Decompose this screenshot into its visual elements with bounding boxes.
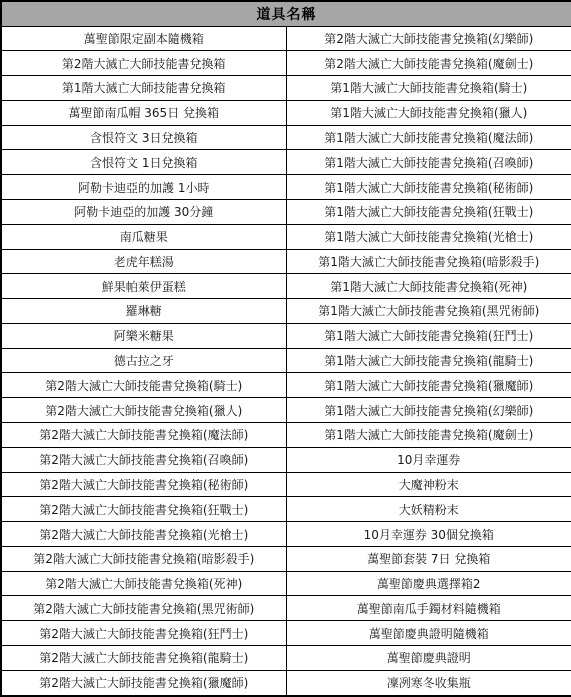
item-cell-left: 南瓜糖果	[1, 224, 286, 249]
items-table-head: 道具名稱	[1, 1, 571, 26]
item-cell-right: 大妖精粉末	[286, 497, 571, 522]
item-cell-left: 第2階大滅亡大師技能書兌換箱(死神)	[1, 571, 286, 596]
table-row: 第2階大滅亡大師技能書兌換箱(狂鬥士)萬聖節慶典證明隨機箱	[1, 621, 571, 646]
table-row: 鮮果帕萊伊蛋糕第1階大滅亡大師技能書兌換箱(死神)	[1, 274, 571, 299]
item-cell-left: 第2階大滅亡大師技能書兌換箱(召喚師)	[1, 447, 286, 472]
item-cell-right: 10月幸運券	[286, 447, 571, 472]
table-row: 阿勒卡迪亞的加護 1小時第1階大滅亡大師技能書兌換箱(秘術師)	[1, 175, 571, 200]
item-cell-right: 萬聖節套裝 7日 兌換箱	[286, 546, 571, 571]
item-cell-right: 第1階大滅亡大師技能書兌換箱(魔劍士)	[286, 423, 571, 448]
item-cell-right: 第1階大滅亡大師技能書兌換箱(光槍士)	[286, 224, 571, 249]
item-cell-left: 第2階大滅亡大師技能書兌換箱(秘術師)	[1, 472, 286, 497]
item-cell-right: 萬聖節南瓜手鐲材料隨機箱	[286, 596, 571, 621]
table-row: 第2階大滅亡大師技能書兌換箱第2階大滅亡大師技能書兌換箱(魔劍士)	[1, 51, 571, 76]
item-cell-left: 第2階大滅亡大師技能書兌換箱(龍騎士)	[1, 646, 286, 671]
table-row: 第2階大滅亡大師技能書兌換箱(獵人)第1階大滅亡大師技能書兌換箱(幻樂師)	[1, 398, 571, 423]
item-cell-right: 第1階大滅亡大師技能書兌換箱(召喚師)	[286, 150, 571, 175]
table-row: 南瓜糖果第1階大滅亡大師技能書兌換箱(光槍士)	[1, 224, 571, 249]
item-cell-right: 第1階大滅亡大師技能書兌換箱(幻樂師)	[286, 398, 571, 423]
item-cell-left: 第2階大滅亡大師技能書兌換箱(騎士)	[1, 373, 286, 398]
item-cell-right: 萬聖節慶典選擇箱2	[286, 571, 571, 596]
table-row: 第2階大滅亡大師技能書兌換箱(秘術師)大魔神粉末	[1, 472, 571, 497]
table-row: 第2階大滅亡大師技能書兌換箱(暗影殺手)萬聖節套裝 7日 兌換箱	[1, 546, 571, 571]
header-row: 道具名稱	[1, 1, 571, 26]
table-row: 第1階大滅亡大師技能書兌換箱第1階大滅亡大師技能書兌換箱(騎士)	[1, 76, 571, 101]
table-row: 阿樂米糖果第1階大滅亡大師技能書兌換箱(狂鬥士)	[1, 323, 571, 348]
item-cell-left: 第2階大滅亡大師技能書兌換箱(狂鬥士)	[1, 621, 286, 646]
table-row: 老虎年糕湯第1階大滅亡大師技能書兌換箱(暗影殺手)	[1, 249, 571, 274]
table-row: 第2階大滅亡大師技能書兌換箱(黑咒術師)萬聖節南瓜手鐲材料隨機箱	[1, 596, 571, 621]
item-cell-left: 第2階大滅亡大師技能書兌換箱(光槍士)	[1, 522, 286, 547]
item-cell-right: 第1階大滅亡大師技能書兌換箱(騎士)	[286, 76, 571, 101]
table-row: 第2階大滅亡大師技能書兌換箱(獵魔師)凜冽寒冬收集瓶	[1, 670, 571, 696]
item-cell-left: 羅琳糖	[1, 299, 286, 324]
item-cell-right: 萬聖節慶典證明	[286, 646, 571, 671]
item-cell-right: 第1階大滅亡大師技能書兌換箱(魔法師)	[286, 125, 571, 150]
item-cell-right: 第1階大滅亡大師技能書兌換箱(狂鬥士)	[286, 323, 571, 348]
item-cell-right: 第2階大滅亡大師技能書兌換箱(魔劍士)	[286, 51, 571, 76]
item-cell-right: 10月幸運券 30個兌換箱	[286, 522, 571, 547]
item-cell-right: 第1階大滅亡大師技能書兌換箱(狂戰士)	[286, 199, 571, 224]
item-cell-right: 凜冽寒冬收集瓶	[286, 670, 571, 696]
item-cell-right: 第1階大滅亡大師技能書兌換箱(暗影殺手)	[286, 249, 571, 274]
item-cell-right: 大魔神粉末	[286, 472, 571, 497]
table-row: 第2階大滅亡大師技能書兌換箱(光槍士)10月幸運券 30個兌換箱	[1, 522, 571, 547]
table-row: 萬聖節南瓜帽 365日 兌換箱第1階大滅亡大師技能書兌換箱(獵人)	[1, 100, 571, 125]
item-cell-right: 第1階大滅亡大師技能書兌換箱(獵人)	[286, 100, 571, 125]
item-cell-left: 阿勒卡迪亞的加護 30分鐘	[1, 199, 286, 224]
table-row: 含恨符文 3日兌換箱第1階大滅亡大師技能書兌換箱(魔法師)	[1, 125, 571, 150]
table-row: 第2階大滅亡大師技能書兌換箱(龍騎士)萬聖節慶典證明	[1, 646, 571, 671]
item-cell-right: 第1階大滅亡大師技能書兌換箱(獵魔師)	[286, 373, 571, 398]
item-cell-left: 阿勒卡迪亞的加護 1小時	[1, 175, 286, 200]
item-cell-left: 第2階大滅亡大師技能書兌換箱(獵人)	[1, 398, 286, 423]
table-row: 第2階大滅亡大師技能書兌換箱(死神)萬聖節慶典選擇箱2	[1, 571, 571, 596]
table-title: 道具名稱	[1, 1, 571, 26]
item-cell-right: 第2階大滅亡大師技能書兌換箱(幻樂師)	[286, 26, 571, 51]
item-cell-left: 萬聖節南瓜帽 365日 兌換箱	[1, 100, 286, 125]
item-cell-right: 第1階大滅亡大師技能書兌換箱(黑咒術師)	[286, 299, 571, 324]
item-cell-left: 阿樂米糖果	[1, 323, 286, 348]
item-cell-left: 第2階大滅亡大師技能書兌換箱(狂戰士)	[1, 497, 286, 522]
table-row: 第2階大滅亡大師技能書兌換箱(狂戰士)大妖精粉末	[1, 497, 571, 522]
item-cell-left: 第2階大滅亡大師技能書兌換箱(暗影殺手)	[1, 546, 286, 571]
item-cell-left: 第2階大滅亡大師技能書兌換箱	[1, 51, 286, 76]
table-row: 第2階大滅亡大師技能書兌換箱(召喚師)10月幸運券	[1, 447, 571, 472]
item-cell-right: 第1階大滅亡大師技能書兌換箱(死神)	[286, 274, 571, 299]
table-row: 德古拉之牙第1階大滅亡大師技能書兌換箱(龍騎士)	[1, 348, 571, 373]
item-cell-left: 老虎年糕湯	[1, 249, 286, 274]
item-cell-left: 含恨符文 1日兌換箱	[1, 150, 286, 175]
item-cell-right: 第1階大滅亡大師技能書兌換箱(秘術師)	[286, 175, 571, 200]
table-row: 第2階大滅亡大師技能書兌換箱(魔法師)第1階大滅亡大師技能書兌換箱(魔劍士)	[1, 423, 571, 448]
table-row: 含恨符文 1日兌換箱第1階大滅亡大師技能書兌換箱(召喚師)	[1, 150, 571, 175]
table-row: 萬聖節限定副本隨機箱第2階大滅亡大師技能書兌換箱(幻樂師)	[1, 26, 571, 51]
table-row: 羅琳糖第1階大滅亡大師技能書兌換箱(黑咒術師)	[1, 299, 571, 324]
item-cell-left: 第2階大滅亡大師技能書兌換箱(黑咒術師)	[1, 596, 286, 621]
items-table: 道具名稱 萬聖節限定副本隨機箱第2階大滅亡大師技能書兌換箱(幻樂師)第2階大滅亡…	[0, 0, 571, 697]
table-row: 第2階大滅亡大師技能書兌換箱(騎士)第1階大滅亡大師技能書兌換箱(獵魔師)	[1, 373, 571, 398]
item-cell-left: 含恨符文 3日兌換箱	[1, 125, 286, 150]
item-cell-left: 第1階大滅亡大師技能書兌換箱	[1, 76, 286, 101]
item-cell-right: 萬聖節慶典證明隨機箱	[286, 621, 571, 646]
item-cell-left: 第2階大滅亡大師技能書兌換箱(魔法師)	[1, 423, 286, 448]
item-cell-left: 德古拉之牙	[1, 348, 286, 373]
table-row: 阿勒卡迪亞的加護 30分鐘第1階大滅亡大師技能書兌換箱(狂戰士)	[1, 199, 571, 224]
item-cell-left: 第2階大滅亡大師技能書兌換箱(獵魔師)	[1, 670, 286, 696]
item-cell-left: 萬聖節限定副本隨機箱	[1, 26, 286, 51]
item-cell-right: 第1階大滅亡大師技能書兌換箱(龍騎士)	[286, 348, 571, 373]
item-cell-left: 鮮果帕萊伊蛋糕	[1, 274, 286, 299]
items-table-body: 萬聖節限定副本隨機箱第2階大滅亡大師技能書兌換箱(幻樂師)第2階大滅亡大師技能書…	[1, 26, 571, 696]
